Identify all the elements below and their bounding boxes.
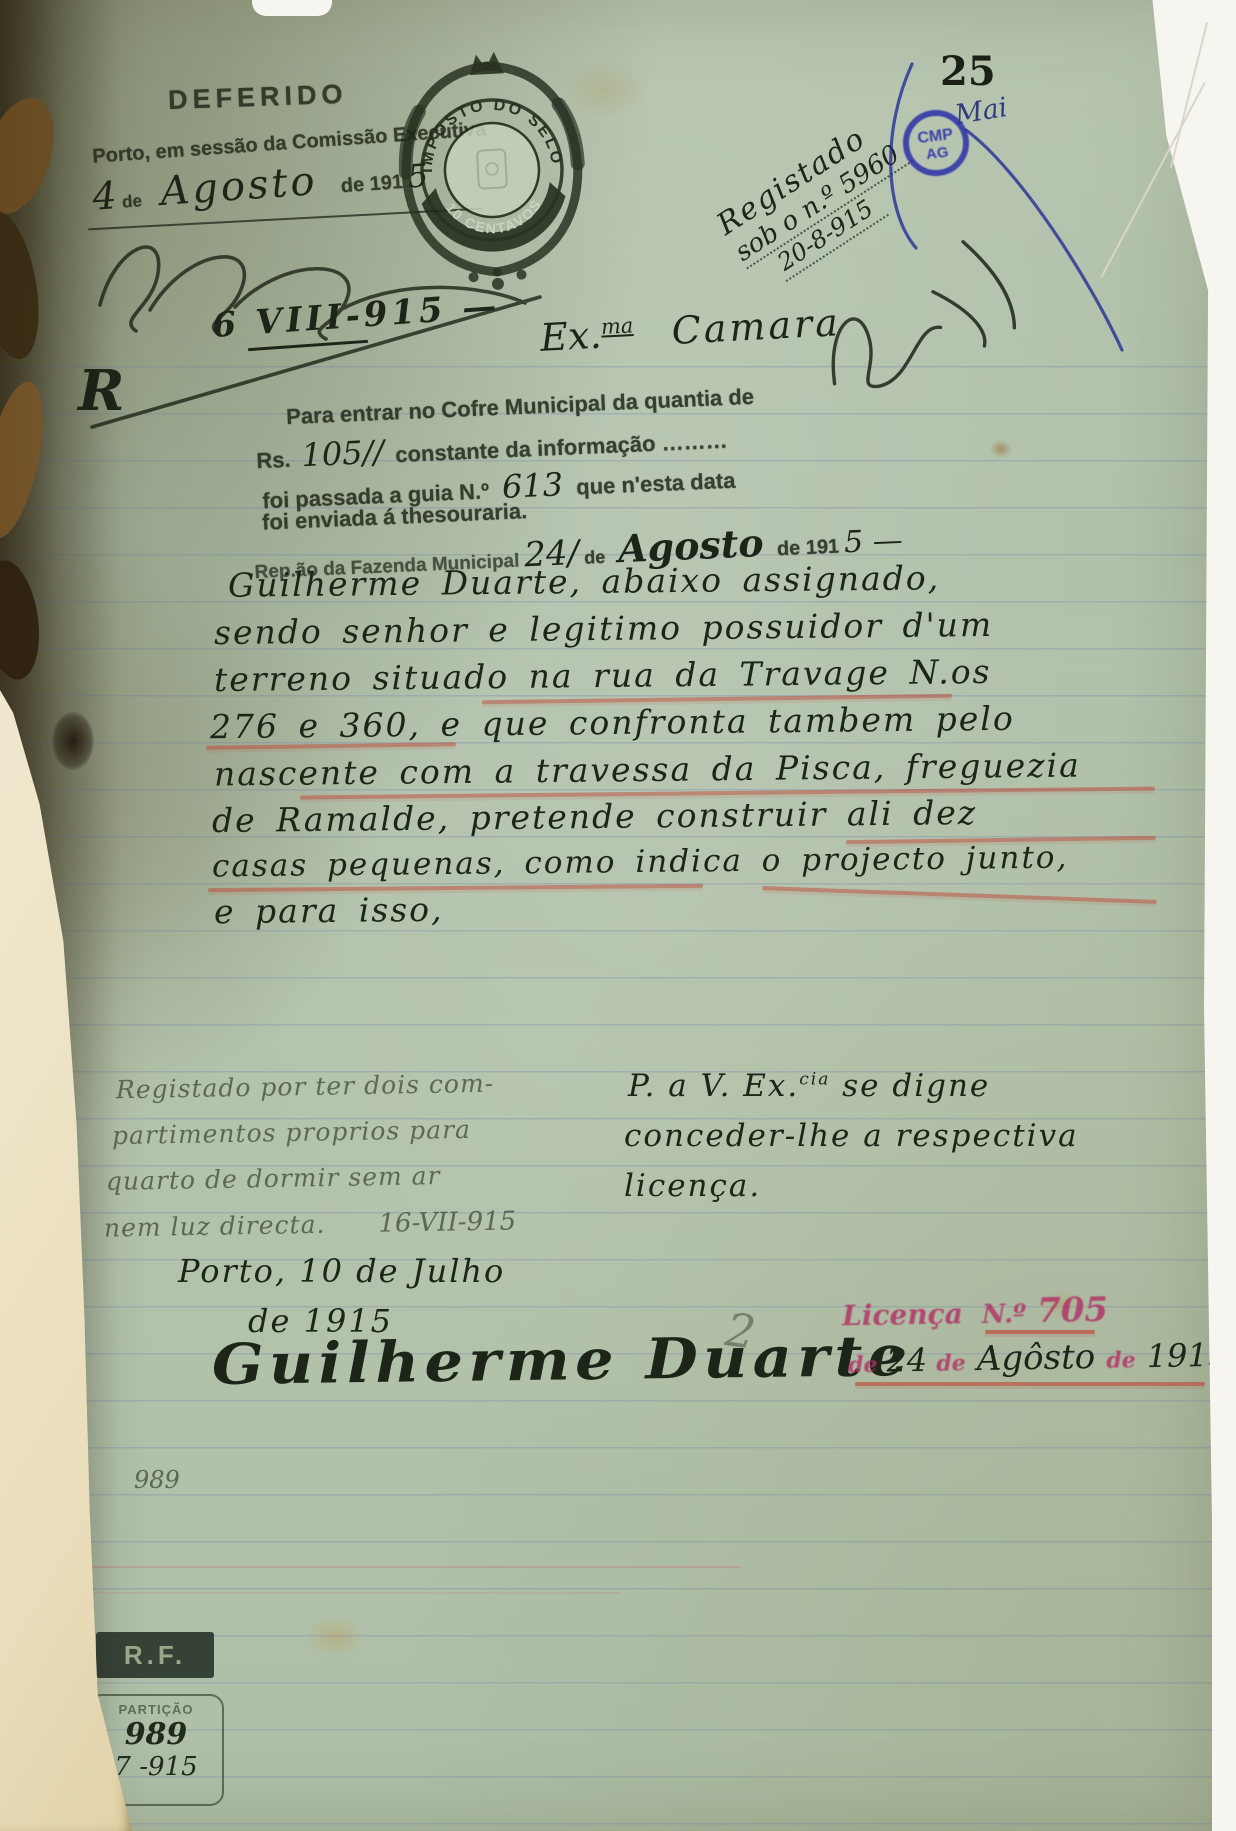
salutation-sup: ma	[600, 313, 633, 339]
petition-line1: P. a V. Ex.cia se digne	[628, 1068, 990, 1104]
imposto-do-selo-stamp: IMPOSTO DO SELO 10 CENTAVOS	[366, 42, 618, 299]
licenca-label: Licença	[842, 1297, 963, 1332]
paper-sheet: DEFERIDO Porto, em sessão da Comissão Ex…	[0, 0, 1212, 1831]
licenca-underline	[855, 1382, 1205, 1386]
stain	[305, 1615, 365, 1659]
petition-line3: licença.	[624, 1168, 761, 1204]
deferido-stamp: DEFERIDO	[168, 79, 348, 116]
licenca-month: Agôsto	[976, 1337, 1095, 1379]
licenca-no-label: N.º	[982, 1299, 1027, 1330]
petition-line2: conceder-lhe a respectiva	[624, 1118, 1079, 1154]
salutation-prefix: Ex.	[539, 313, 602, 360]
body-line: e para isso,	[214, 890, 444, 931]
treasury-year-digit: 5 —	[843, 523, 903, 561]
margin-note-line: nem luz directa.	[104, 1210, 326, 1243]
treasury-year-stamp: de 191	[776, 536, 839, 561]
licenca-underline	[985, 1330, 1095, 1334]
pink-rule	[0, 1566, 740, 1568]
licenca-stamp-line1: Licença N.º 705	[842, 1290, 1109, 1335]
oval-stamp-label: PARTIÇÃO	[90, 1702, 222, 1717]
stain	[990, 440, 1012, 458]
petition-line1-sup: cia	[799, 1070, 830, 1090]
session-day: 4	[91, 173, 118, 219]
pencil-reference-number: 989	[134, 1466, 180, 1494]
licenca-day: 24	[886, 1341, 927, 1380]
ink-blot	[52, 712, 94, 770]
petition-line1-post: se digne	[830, 1068, 990, 1104]
rf-stamp: R.F.	[96, 1632, 214, 1678]
torn-top-edge	[252, 0, 332, 16]
body-line: terreno situado na rua da Travage N.os	[214, 652, 992, 699]
body-line: sendo senhor e legitimo possuidor d'um	[214, 605, 994, 652]
petition-line1-pre: P. a V. Ex.	[628, 1068, 799, 1104]
licenca-de3: de	[1106, 1347, 1136, 1374]
session-de: de	[121, 191, 142, 211]
licenca-number: 705	[1037, 1290, 1109, 1331]
licenca-stamp-line2: de 24 de Agôsto de 1915	[848, 1335, 1229, 1382]
margin-note-line: quarto de dormir sem ar	[106, 1161, 441, 1196]
session-month: Agosto	[159, 158, 319, 215]
treasury-rs-label: Rs.	[256, 447, 291, 473]
treasury-line3-post: que n'esta data	[576, 468, 736, 500]
dispatch-initial: R	[78, 358, 125, 424]
scanned-document: DEFERIDO Porto, em sessão da Comissão Ex…	[0, 0, 1236, 1831]
licenca-de2: de	[936, 1350, 966, 1377]
body-line: Guilherme Duarte, abaixo assignado,	[228, 558, 941, 604]
body-line: de Ramalde, pretende construir ali dez	[212, 793, 978, 840]
treasury-amount: 105//	[301, 433, 385, 475]
margin-note-date: 16-VII-915	[378, 1206, 516, 1238]
blue-ink-strokes	[870, 50, 1150, 370]
licenca-de1: de	[848, 1352, 878, 1379]
signature: Guilherme Duarte	[212, 1323, 913, 1398]
salutation-word: Camara	[670, 300, 841, 353]
dateline-line1: Porto, 10 de Julho	[178, 1252, 505, 1290]
